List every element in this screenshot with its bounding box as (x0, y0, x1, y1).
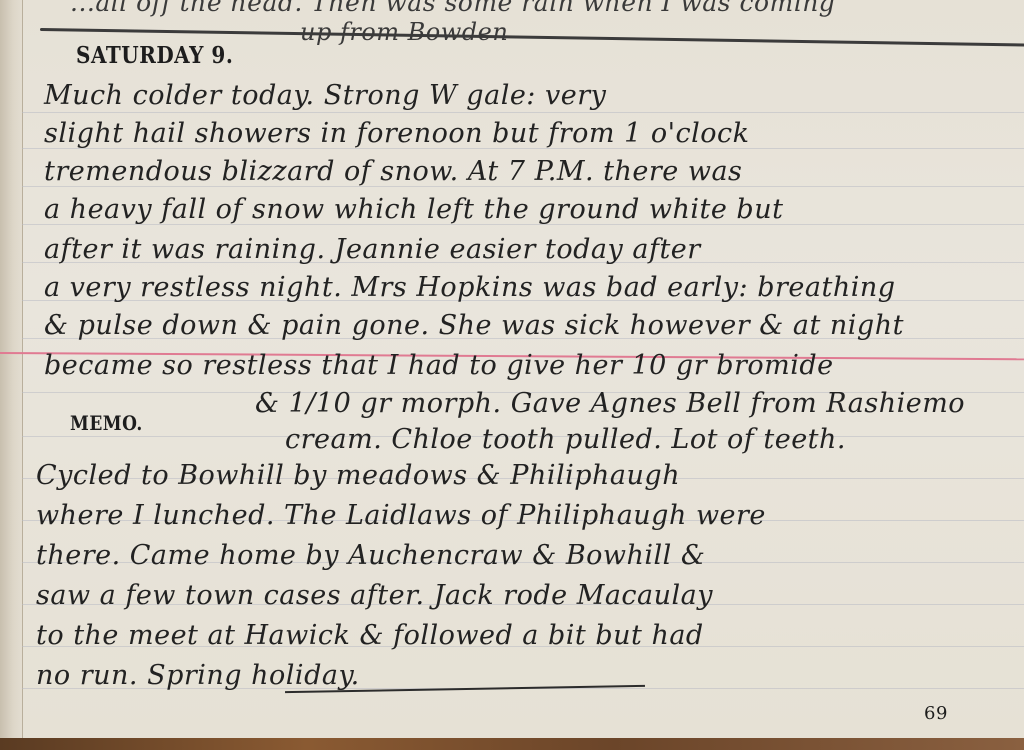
entry-line-8: became so restless that I had to give he… (44, 350, 834, 381)
entry-line-2: slight hail showers in forenoon but from… (44, 118, 750, 149)
carryover-line-2: up from Bowden (300, 18, 508, 46)
memo-line-1: Cycled to Bowhill by meadows & Philiphau… (36, 460, 680, 491)
entry-line-1: Much colder today. Strong W gale: very (44, 80, 606, 111)
memo-line-3: there. Came home by Auchencraw & Bowhill… (36, 540, 705, 571)
memo-line-4: saw a few town cases after. Jack rode Ma… (36, 580, 713, 611)
memo-line-6: no run. Spring holiday. (36, 660, 360, 691)
entry-line-5: after it was raining. Jeannie easier tod… (44, 234, 701, 265)
entry-line-7: & pulse down & pain gone. She was sick h… (44, 310, 904, 341)
page-binding-edge (0, 0, 23, 738)
desk-surface (0, 738, 1024, 750)
entry-line-9: & 1/10 gr morph. Gave Agnes Bell from Ra… (255, 388, 965, 419)
entry-line-4: a heavy fall of snow which left the grou… (44, 194, 783, 225)
entry-line-6: a very restless night. Mrs Hopkins was b… (44, 272, 896, 303)
memo-line-2: where I lunched. The Laidlaws of Philiph… (36, 500, 766, 531)
carryover-line-1: ...all off the head. Then was some rain … (70, 0, 835, 17)
memo-line-5: to the meet at Hawick & followed a bit b… (36, 620, 704, 651)
day-heading: SATURDAY 9. (76, 41, 233, 69)
ruled-line (22, 112, 1024, 113)
entry-line-3: tremendous blizzard of snow. At 7 P.M. t… (44, 156, 742, 187)
memo-heading: MEMO. (70, 413, 143, 436)
diary-page: ...all off the head. Then was some rain … (0, 0, 1024, 738)
page-number: 69 (924, 703, 948, 724)
entry-line-10: cream. Chloe tooth pulled. Lot of teeth. (285, 424, 846, 455)
